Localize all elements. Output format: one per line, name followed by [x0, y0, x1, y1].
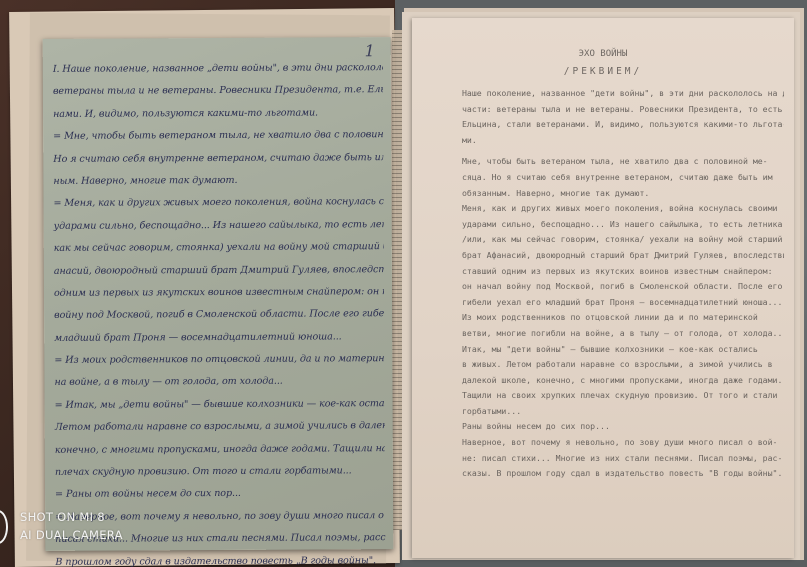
handwritten-line: I. Наше поколение, названное „дети войны…: [53, 57, 383, 81]
handwritten-line: = Мне, чтобы быть ветераном тыла, не хва…: [53, 124, 383, 148]
handwritten-line: анасий, двоюродный старший брат Дмитрий …: [54, 259, 384, 283]
handwritten-line: плечах скудную провизию. От того и стали…: [55, 460, 385, 484]
handwritten-line: на войне, а в тылу — от голода, от холод…: [54, 371, 384, 395]
typewritten-line: горбатыми...: [462, 404, 784, 420]
typewritten-line: Наше поколение, названное "дети войны", …: [462, 86, 784, 102]
typewritten-line: ставший одним из первых из якутских воин…: [462, 264, 784, 280]
typewritten-line: ударами сильно, беспощадно... Из нашего …: [462, 217, 784, 233]
handwritten-line: Летом работали наравне со взрослыми, а з…: [55, 415, 385, 439]
handwritten-line: одним из первых из якутских воинов извес…: [54, 281, 384, 305]
handwritten-line: войну под Москвой, погиб в Смоленской об…: [54, 303, 384, 327]
typewritten-line: брат Афанасий, двоюродный старший брат Д…: [462, 248, 784, 264]
handwritten-line: нами. И, видимо, пользуются какими-то ль…: [53, 102, 383, 126]
typewritten-line: не: писал стихи... Многие из них стали п…: [462, 451, 784, 467]
handwritten-line: ным. Наверно, многие так думают.: [53, 169, 383, 193]
handwritten-line: младший брат Проня — восемнадцатилетний …: [54, 326, 384, 350]
typewritten-line: Итак, мы "дети войны" — бывшие колхозник…: [462, 342, 784, 358]
handwritten-text: I. Наше поколение, названное „дети войны…: [53, 57, 386, 567]
typewritten-line: части: ветераны тыла и не ветераны. Рове…: [462, 102, 784, 118]
typewritten-line: Из моих родственников по отцовской линии…: [462, 310, 784, 326]
handwritten-line: = Из моих родственников по отцовской лин…: [54, 348, 384, 372]
handwritten-line: В прошлом году сдал в издательство повес…: [55, 550, 385, 567]
watermark-line-2: AI DUAL CAMERA: [20, 526, 123, 544]
document-title: ЭХО ВОЙНЫ: [412, 49, 794, 59]
handwritten-line: = Раны от войны несем до сих пор...: [55, 483, 385, 507]
typewritten-line: /или, как мы сейчас говорим, стоянка/ уе…: [462, 232, 784, 248]
document-subtitle: /РЕКВИЕМ/: [412, 66, 794, 77]
handwritten-line: конечно, с многими пропусками, иногда да…: [55, 438, 385, 462]
handwritten-line: = Меня, как и других живых моего поколен…: [53, 191, 383, 215]
typewritten-line: Тащили на своих хрупких плечах скудную п…: [462, 388, 784, 404]
handwritten-page: 1 I. Наше поколение, названное „дети вой…: [43, 37, 394, 551]
handwritten-line: как мы сейчас говорим, стоянка) уехали н…: [54, 236, 384, 260]
typewritten-line: он начал войну под Москвой, погиб в Смол…: [462, 279, 784, 295]
typewritten-line: Наверное, вот почему я невольно, по зову…: [462, 435, 784, 451]
typewritten-page: ЭХО ВОЙНЫ /РЕКВИЕМ/ Наше поколение, назв…: [412, 18, 794, 558]
typewritten-line: Меня, как и других живых моего поколения…: [462, 201, 784, 217]
typewritten-line: сяца. Но я считаю себя внутренне ветеран…: [462, 170, 784, 186]
typewritten-line: гибели уехал его младший брат Проня — во…: [462, 295, 784, 311]
handwritten-line: ветераны тыла и не ветераны. Ровесники П…: [53, 80, 383, 104]
typewritten-line: в живых. Летом работали наравне со взрос…: [462, 357, 784, 373]
handwritten-line: Но я считаю себя внутренне ветераном, сч…: [53, 147, 383, 171]
typewritten-line: Ельцина, стали ветеранами. И, видимо, по…: [462, 117, 784, 133]
watermark-line-1: SHOT ON MI 8: [20, 508, 123, 526]
handwritten-line: ударами сильно, беспощадно... Из нашего …: [54, 214, 384, 238]
typewritten-line: обязанным. Наверно, многие так думают.: [462, 186, 784, 202]
camera-watermark: SHOT ON MI 8 AI DUAL CAMERA: [20, 508, 123, 544]
typewritten-line: ветви, многие погибли на войне, а в тылу…: [462, 326, 784, 342]
typewritten-line: далекой школе, конечно, с многими пропус…: [462, 373, 784, 389]
typewritten-text: Наше поколение, названное "дети войны", …: [462, 86, 784, 482]
typewritten-line: ми.: [462, 133, 784, 149]
typewritten-line: Раны войны несем до сих пор...: [462, 419, 784, 435]
handwritten-line: = Итак, мы „дети войны" — бывшие колхозн…: [55, 393, 385, 417]
typewritten-line: Мне, чтобы быть ветераном тыла, не хвати…: [462, 154, 784, 170]
typewritten-line: сказы. В прошлом году сдал в издательств…: [462, 466, 784, 482]
